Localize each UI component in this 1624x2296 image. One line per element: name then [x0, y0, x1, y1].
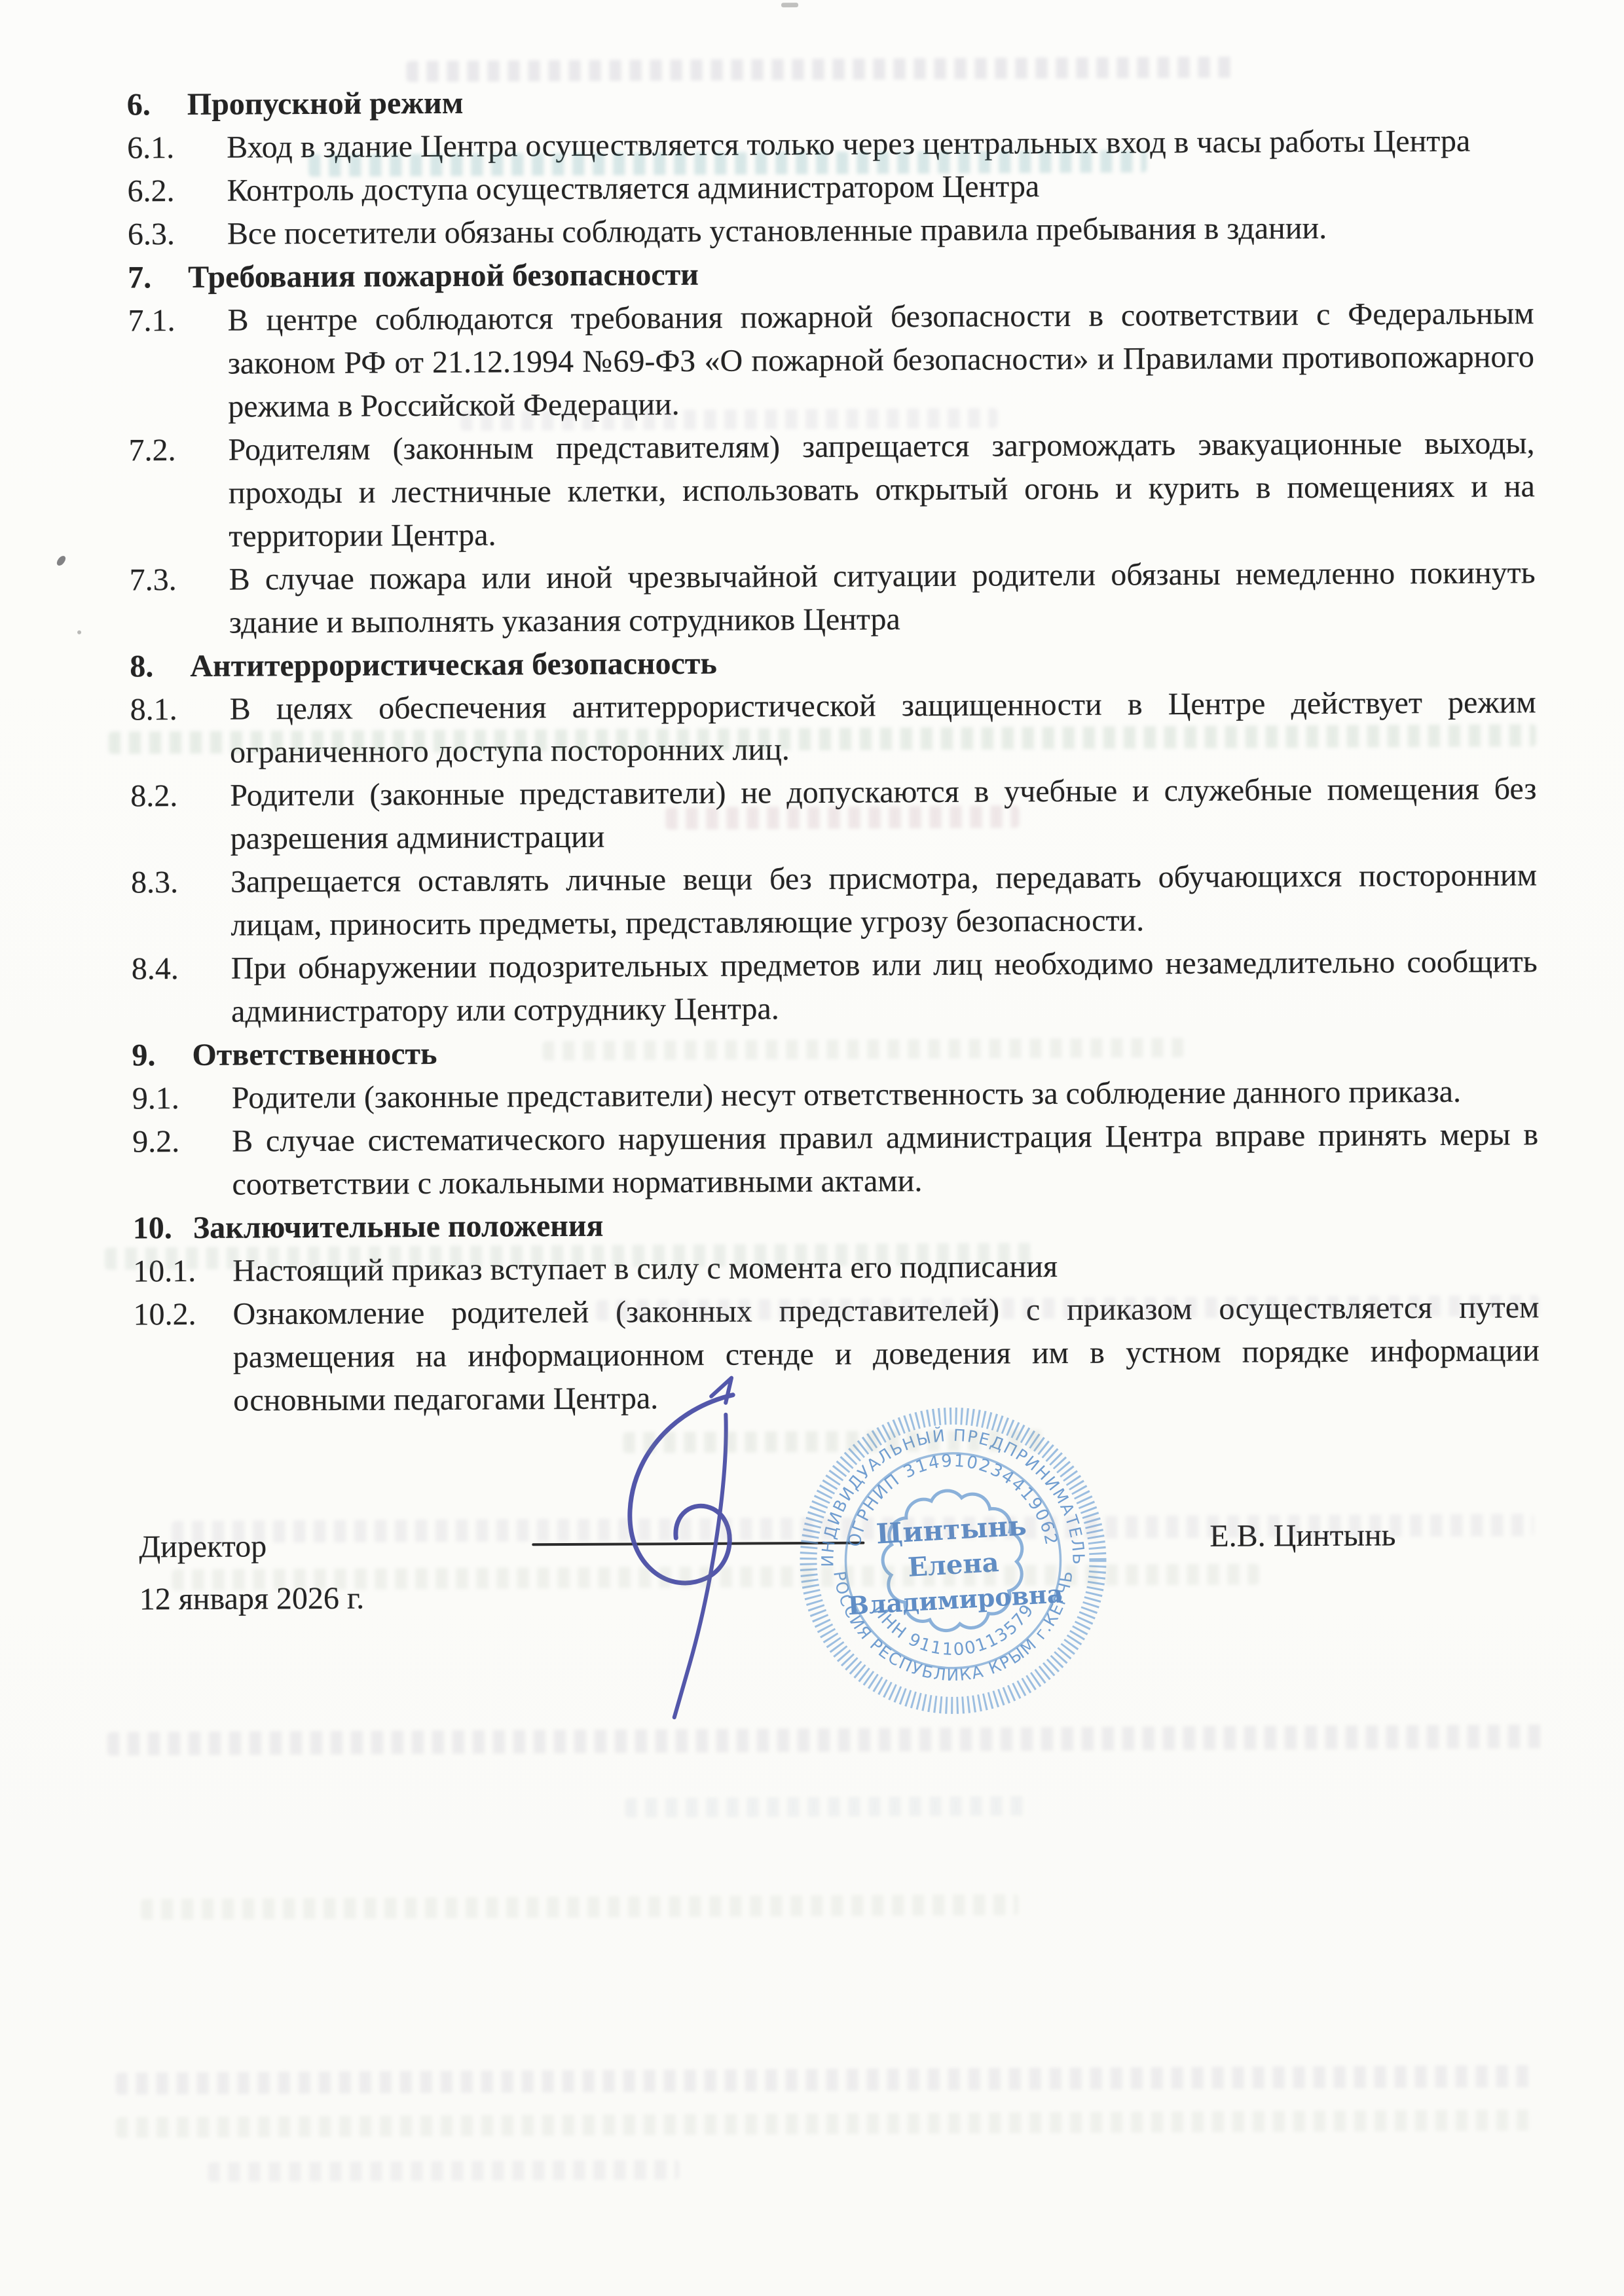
item-number: 8.1. [130, 688, 177, 731]
item-number: 8.4. [132, 947, 179, 991]
list-item-8.4: 8.4.При обнаружении подозрительных предм… [132, 940, 1538, 1034]
item-text: При обнаружении подозрительных предметов… [231, 940, 1538, 1033]
document-date: 12 января 2026 г. [139, 1580, 365, 1618]
list-item-6.3: 6.3.Все посетители обязаны соблюдать уст… [128, 206, 1534, 256]
list-item-8.2: 8.2.Родители (законные представители) не… [130, 767, 1537, 861]
bleed-through-artifact [116, 2109, 1537, 2138]
signature-loop-stroke [629, 1395, 734, 1584]
list-item-10.1: 10.1.Настоящий приказ вступает в силу с … [133, 1243, 1539, 1293]
bleed-through-artifact [208, 2160, 679, 2182]
list-item-6.2: 6.2.Контроль доступа осуществляется адми… [127, 162, 1533, 213]
list-item-6.1: 6.1.Вход в здание Центра осуществляется … [127, 119, 1533, 170]
list-item-9.2: 9.2.В случае систематического нарушения … [132, 1113, 1539, 1207]
item-number: 7.1. [128, 299, 175, 342]
stamp-center-name: Цинтынь Елена Владимировна [843, 1508, 1063, 1621]
section-heading-8: 8.Антитеррористическая безопасность [130, 638, 1536, 688]
list-item-8.3: 8.3.Запрещается оставлять личные вещи бе… [131, 854, 1538, 947]
item-number: 9.2. [132, 1120, 179, 1163]
item-number: 10.1. [133, 1250, 196, 1294]
handwritten-signature [564, 1368, 802, 1749]
list-item-9.1: 9.1.Родители (законные представители) не… [132, 1070, 1538, 1120]
item-text: Запрещается оставлять личные вещи без пр… [231, 854, 1538, 947]
section-title: Требования пожарной безопасности [188, 257, 699, 295]
item-number: 6.3. [128, 213, 175, 256]
item-number: 6.1. [127, 126, 174, 170]
item-number: 6.2. [127, 170, 174, 213]
round-stamp: ИНДИВИДУАЛЬНЫЙ ПРЕДПРИНИМАТЕЛЬ ✱ ОГРНИП … [779, 1387, 1128, 1736]
item-text: Все посетители обязаны соблюдать установ… [227, 206, 1534, 255]
svg-text:Цинтынь: Цинтынь [876, 1509, 1027, 1550]
section-title: Заключительные положения [193, 1209, 604, 1245]
section-number: 7. [128, 256, 151, 299]
item-number: 10.2. [133, 1293, 196, 1337]
list-item-7.3: 7.3.В случае пожара или иной чрезвычайно… [129, 551, 1536, 645]
director-role-label: Директор [139, 1528, 267, 1565]
item-number: 7.3. [129, 558, 176, 602]
item-text: В случае систематического нарушения прав… [232, 1113, 1539, 1206]
section-number: 6. [127, 83, 151, 126]
ink-speck [55, 555, 67, 568]
ink-speck [781, 3, 798, 7]
item-text: Вход в здание Центра осуществляется толь… [227, 119, 1533, 169]
section-number: 8. [130, 645, 153, 688]
item-text: В случае пожара или иной чрезвычайной си… [229, 551, 1536, 644]
section-title: Антитеррористическая безопасность [190, 646, 717, 683]
item-text: Настоящий приказ вступает в силу с момен… [232, 1243, 1539, 1292]
item-text: Контроль доступа осуществляется админист… [227, 162, 1533, 212]
svg-text:Елена: Елена [907, 1547, 1000, 1583]
director-name: Е.В. Цинтынь [1209, 1517, 1395, 1554]
item-number: 9.1. [132, 1077, 179, 1120]
item-text: Родители (законные представители) несут … [232, 1070, 1538, 1120]
bleed-through-artifact [625, 1796, 1031, 1817]
section-heading-7: 7.Требования пожарной безопасности [128, 249, 1534, 299]
section-number: 9. [132, 1034, 155, 1077]
item-number: 8.3. [131, 861, 178, 904]
item-number: 8.2. [130, 774, 177, 818]
list-item-8.1: 8.1.В целях обеспечения антитеррористиче… [130, 681, 1536, 774]
scan-artifacts [0, 0, 1624, 4]
list-item-7.1: 7.1.В центре соблюдаются требования пожа… [128, 292, 1534, 429]
page-content: 6.Пропускной режим6.1.Вход в здание Цент… [0, 0, 1624, 2296]
scanned-document-page: 6.Пропускной режим6.1.Вход в здание Цент… [0, 0, 1624, 2296]
section-title: Пропускной режим [187, 86, 464, 122]
item-number: 7.2. [128, 429, 175, 472]
section-heading-6: 6.Пропускной режим [127, 76, 1533, 126]
bleed-through-artifact [141, 1894, 1018, 1920]
list-item-7.2: 7.2.Родителям (законным представителям) … [128, 422, 1535, 558]
section-heading-10: 10.Заключительные положения [133, 1199, 1539, 1250]
stamp-graphic: ИНДИВИДУАЛЬНЫЙ ПРЕДПРИНИМАТЕЛЬ ✱ ОГРНИП … [779, 1387, 1099, 1707]
item-text: Родителям (законным представителям) запр… [228, 422, 1535, 558]
item-text: В целях обеспечения антитеррористической… [229, 681, 1536, 774]
section-title: Ответственность [192, 1036, 437, 1072]
item-text: Родители (законные представители) не доп… [230, 767, 1537, 860]
item-text: В центре соблюдаются требования пожарной… [227, 292, 1534, 428]
section-heading-9: 9.Ответственность [132, 1027, 1538, 1077]
order-text-block: 6.Пропускной режим6.1.Вход в здание Цент… [127, 76, 1540, 1423]
section-number: 10. [133, 1207, 172, 1250]
ink-speck [77, 630, 81, 634]
bleed-through-artifact [116, 2065, 1537, 2094]
